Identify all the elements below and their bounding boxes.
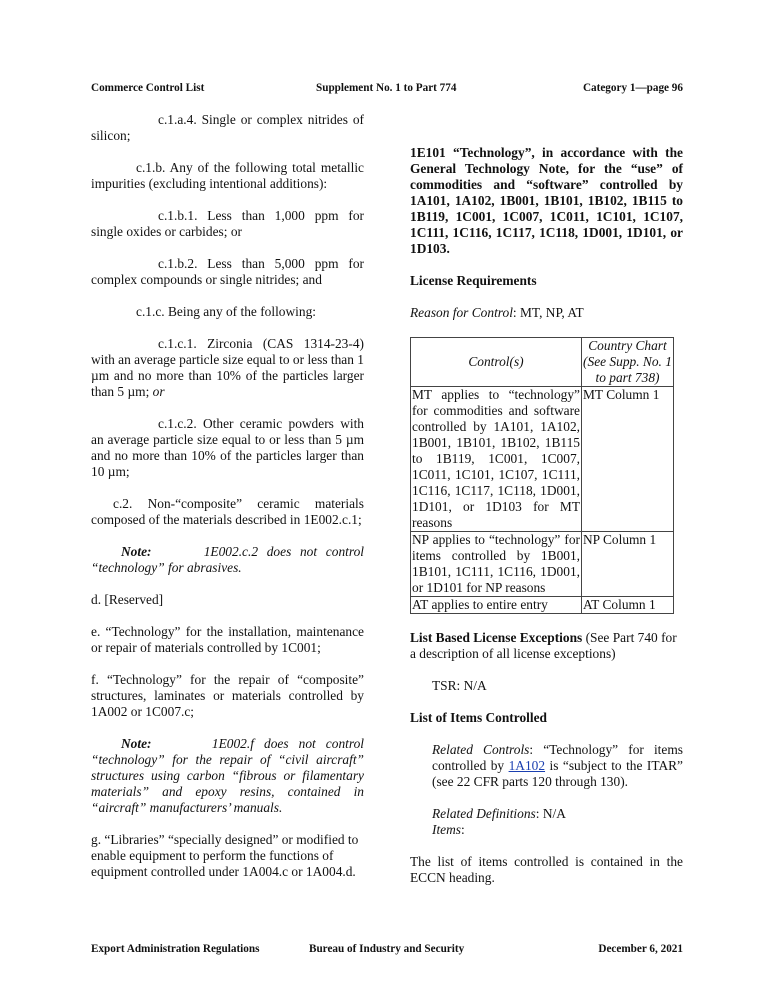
note-label: Note: [121, 544, 152, 559]
paragraph: c.1.b.2. Less than 5,000 ppm for complex… [91, 256, 364, 288]
table-cell: AT applies to entire entry [411, 597, 582, 614]
table-header: Country Chart (See Supp. No. 1 to part 7… [582, 338, 674, 387]
items-label: Items [432, 822, 461, 837]
related-definitions: Related Definitions: N/A [410, 806, 683, 822]
eccn-heading: 1E101 “Technology”, in accordance with t… [410, 145, 683, 257]
table-header: Control(s) [411, 338, 582, 387]
table-cell: AT Column 1 [582, 597, 674, 614]
related-definitions-label: Related Definitions [432, 806, 536, 821]
paragraph: c.1.c. Being any of the following: [91, 304, 364, 320]
table-cell: NP Column 1 [582, 532, 674, 597]
table-cell: NP applies to “technology” for items con… [411, 532, 582, 597]
header-center: Supplement No. 1 to Part 774 [316, 82, 456, 94]
paragraph-text: : N/A [536, 806, 566, 821]
paragraph-italic: or [153, 384, 165, 399]
license-table: Control(s) Country Chart (See Supp. No. … [410, 337, 674, 614]
items-line: Items: [410, 822, 683, 838]
header-left: Commerce Control List [91, 82, 204, 94]
table-row: NP applies to “technology” for items con… [411, 532, 674, 597]
paragraph: c.1.c.2. Other ceramic powders with an a… [91, 416, 364, 480]
paragraph: g. “Libraries” “specially designed” or m… [91, 832, 364, 880]
paragraph: c.2. Non-“composite” ceramic materials c… [91, 496, 364, 528]
table-cell: MT Column 1 [582, 387, 674, 532]
table-header-row: Control(s) Country Chart (See Supp. No. … [411, 338, 674, 387]
paragraph: The list of items controlled is containe… [410, 854, 683, 886]
related-controls-label: Related Controls [432, 742, 529, 757]
reason-label: Reason for Control [410, 305, 513, 320]
paragraph: c.1.a.4. Single or complex nitrides of s… [91, 112, 364, 144]
table-cell: MT applies to “technology” for commoditi… [411, 387, 582, 532]
note: Note: 1E002.f does not control “technolo… [91, 736, 364, 816]
paragraph: e. “Technology” for the installation, ma… [91, 624, 364, 656]
note-label: Note: [121, 736, 152, 751]
paragraph: c.1.b.1. Less than 1,000 ppm for single … [91, 208, 364, 240]
paragraph-text: c.1.c.1. Zirconia (CAS 1314-23-4) with a… [91, 336, 364, 399]
left-column: c.1.a.4. Single or complex nitrides of s… [91, 112, 364, 880]
reason-for-control: Reason for Control: MT, NP, AT [410, 305, 683, 321]
related-controls: Related Controls: “Technology” for items… [410, 742, 683, 790]
table-row: AT applies to entire entry AT Column 1 [411, 597, 674, 614]
paragraph-text: : [461, 822, 465, 837]
section-heading: List of Items Controlled [410, 710, 683, 726]
footer-left: Export Administration Regulations [91, 943, 259, 955]
paragraph: f. “Technology” for the repair of “compo… [91, 672, 364, 720]
paragraph: c.1.b. Any of the following total metall… [91, 160, 364, 192]
note: Note: 1E002.c.2 does not control “techno… [91, 544, 364, 576]
section-heading: List Based License Exceptions [410, 630, 582, 645]
header-right: Category 1—page 96 [583, 82, 683, 94]
paragraph: d. [Reserved] [91, 592, 364, 608]
right-column: 1E101 “Technology”, in accordance with t… [410, 145, 683, 886]
footer-center: Bureau of Industry and Security [309, 943, 464, 955]
table-row: MT applies to “technology” for commoditi… [411, 387, 674, 532]
license-exceptions: List Based License Exceptions (See Part … [410, 630, 683, 662]
link-1a102[interactable]: 1A102 [509, 758, 545, 773]
section-heading: License Requirements [410, 273, 683, 289]
reason-value: : MT, NP, AT [513, 305, 584, 320]
paragraph: c.1.c.1. Zirconia (CAS 1314-23-4) with a… [91, 336, 364, 400]
tsr-line: TSR: N/A [410, 678, 683, 694]
footer-right: December 6, 2021 [598, 943, 683, 955]
